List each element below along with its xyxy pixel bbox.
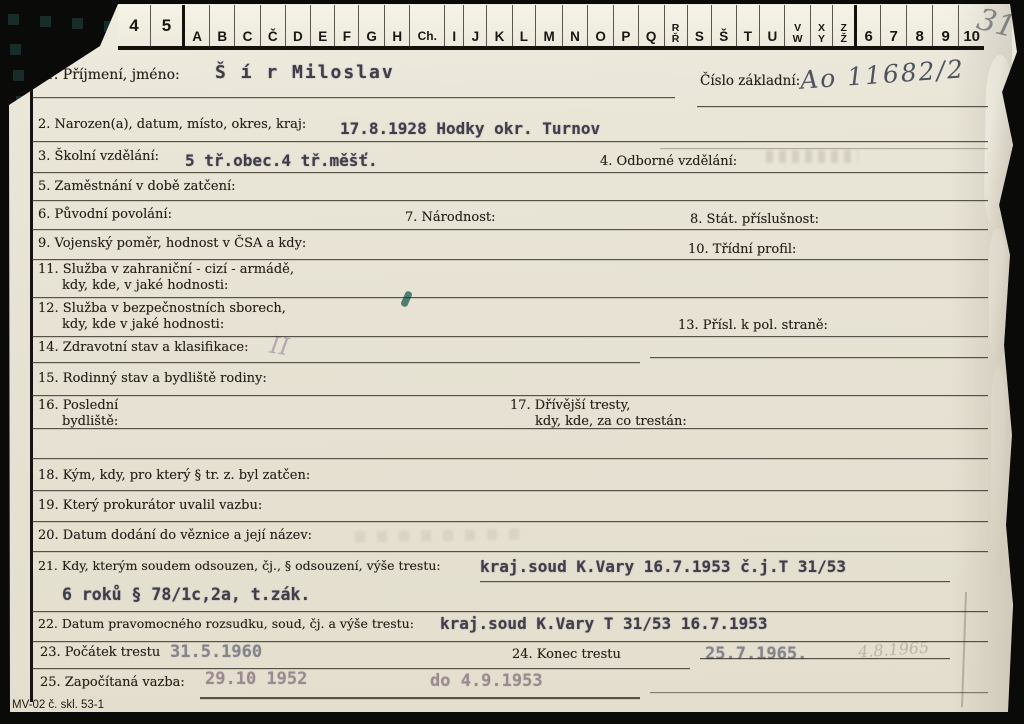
erased-pencil-smudge [355,528,530,542]
ruled-line [32,259,988,260]
tab-cell-n: N [562,5,587,46]
tab-cell-l: L [512,5,536,46]
ruled-line [480,581,950,582]
field-21-label: 21. Kdy, kterým soudem odsouzen, čj., § … [38,558,441,574]
tab-cell-č: Č [260,5,285,46]
field-24-label: 24. Konec trestu [512,647,621,663]
tab-cell-5: 5 [150,5,182,46]
tab-cell-a: A [182,5,209,46]
ruled-line [697,106,988,107]
ruled-line [32,200,988,201]
ruled-line [200,697,640,699]
ruled-line [32,172,988,173]
torn-edge-highlight [983,55,1013,230]
tab-cell-f: F [334,5,358,46]
ruled-line [32,362,640,363]
field-12-label-line1: 12. Služba v bezpečnostních sborech, [38,301,286,317]
ruled-line [32,490,988,491]
field-23-value: 31.5.1960 [170,642,262,662]
scanned-record-card-photo: 45ABCČDEFGHCh.IJKLMNOPQRŘSŠTUVWXYZŽ67891… [0,0,1024,724]
field-21-value-line2: 6 roků § 78/1c,2a, t.zák. [62,585,310,604]
cislo-zakladni-label: Číslo základní: [700,73,800,89]
torn-edge-highlight [991,368,1005,578]
field-7-label: 7. Národnost: [405,210,496,226]
tab-cell-z-ž: ZŽ [832,5,854,46]
ruled-line [32,336,988,337]
ruled-line [32,641,988,642]
field-14-label: 14. Zdravotní stav a klasifikace: [38,340,248,356]
tab-cell-c: C [234,5,259,46]
right-edge-shading [950,0,1012,724]
field-1-label: 1. Příjmení, jméno: [45,67,180,83]
tab-cell-i: I [444,5,463,46]
field-22-value: kraj.soud K.Vary T 31/53 16.7.1953 [440,614,768,633]
ruled-line [32,141,988,142]
ruled-line [660,148,988,149]
field-15-label: 15. Rodinný stav a bydliště rodiny: [38,371,267,387]
ruled-line [32,97,675,98]
tab-cell-4: 4 [118,5,150,46]
field-3-label: 3. Školní vzdělání: [38,149,159,165]
tab-cell-8: 8 [906,5,932,46]
field-19-label: 19. Který prokurátor uvalil vazbu: [38,498,262,514]
tab-cell-o: O [587,5,613,46]
tab-cell-e: E [310,5,334,46]
field-11-label-line2: kdy, kde, v jaké hodnosti: [62,278,228,294]
field-12-label-line2: kdy, kde v jaké hodnosti: [62,317,224,333]
table-left-border [30,75,33,702]
tab-cell-9: 9 [932,5,958,46]
film-edge-square [10,44,21,55]
field-9-label: 9. Vojenský poměr, hodnost v ČSA a kdy: [38,236,306,252]
field-3-value: 5 tř.obec.4 tř.měšť. [185,151,378,170]
field-20-label: 20. Datum dodání do věznice a její název… [38,528,312,544]
tab-cell-u: U [759,5,784,46]
tab-cell-v-w: VW [784,5,809,46]
ruled-line [650,357,988,358]
tab-cell-7: 7 [880,5,906,46]
field-2-value: 17.8.1928 Hodky okr. Turnov [340,119,600,138]
field-5-label: 5. Zaměstnání v době zatčení: [38,179,236,195]
field-17-label-line1: 17. Dřívější tresty, [510,398,630,414]
tab-cell-b: B [209,5,234,46]
ruled-line [650,692,988,693]
tab-cell-r-ř: RŘ [664,5,687,46]
tab-cell-k: K [486,5,511,46]
field-10-label: 10. Třídní profil: [688,242,796,258]
field-23-label: 23. Počátek trestu [40,645,160,661]
ink-bleed-smudge [766,150,858,163]
field-11-label-line1: 11. Služba v zahraniční - cizí - armádě, [38,262,294,278]
film-edge-square [8,14,19,25]
ruled-line [32,551,988,552]
field-4-label: 4. Odborné vzdělání: [600,154,737,170]
ruled-line [32,668,690,669]
field-6-label: 6. Původní povolání: [38,207,172,223]
ruled-line [32,229,988,230]
tab-cell-m: M [535,5,562,46]
field-25-label: 25. Započítaná vazba: [40,675,185,691]
tab-cell-t: T [736,5,760,46]
teal-ink-mark [400,290,413,307]
ruled-line [32,458,988,459]
tab-cell-š: Š [711,5,735,46]
ruled-line [32,297,988,298]
ruled-line [32,521,988,522]
field-22-label: 22. Datum pravomocného rozsudku, soud, č… [38,616,414,632]
field-24-value: 25.7.1965. [705,644,807,664]
film-edge-square [40,16,51,27]
film-edge-square [72,18,83,29]
field-1-value: Š í r Miloslav [215,62,395,83]
tab-cell-p: P [613,5,637,46]
tab-cell-j: J [463,5,486,46]
field-2-label: 2. Narozen(a), datum, místo, okres, kraj… [38,117,306,133]
tab-cell-ch: Ch. [409,5,444,46]
tab-cell-d: D [285,5,310,46]
tab-cell-s: S [687,5,711,46]
torn-edge-highlight [989,228,1006,363]
cislo-zakladni-value: Ao 11682/2 [799,54,966,94]
field-13-label: 13. Přísl. k pol. straně: [678,318,828,334]
prison-record-card: 45ABCČDEFGHCh.IJKLMNOPQRŘSŠTUVWXYZŽ67891… [0,0,1024,724]
field-8-label: 8. Stát. příslušnost: [690,212,819,228]
ruled-line [700,658,950,659]
form-code: MV-02 č. skl. 53-1 [12,699,104,711]
field-21-value: kraj.soud K.Vary 16.7.1953 č.j.T 31/53 [480,557,846,576]
paper-crease [961,592,967,707]
ruled-line [32,611,988,612]
tab-cell-q: Q [638,5,664,46]
tab-cell-x-y: XY [810,5,832,46]
tab-cell-g: G [358,5,384,46]
tab-cell-h: H [384,5,409,46]
tab-cell-6: 6 [854,5,880,46]
film-edge-square [13,70,24,81]
field-25-value2: do 4.9.1953 [430,671,543,691]
ruled-line [32,428,988,429]
ruled-line [32,395,988,396]
field-25-value: 29.10 1952 [205,669,307,689]
field-18-label: 18. Kým, kdy, pro který § tr. z. byl zat… [38,468,310,484]
field-16-label-line1: 16. Poslední [38,398,118,414]
alphabet-tab-index: 45ABCČDEFGHCh.IJKLMNOPQRŘSŠTUVWXYZŽ67891… [118,5,984,50]
